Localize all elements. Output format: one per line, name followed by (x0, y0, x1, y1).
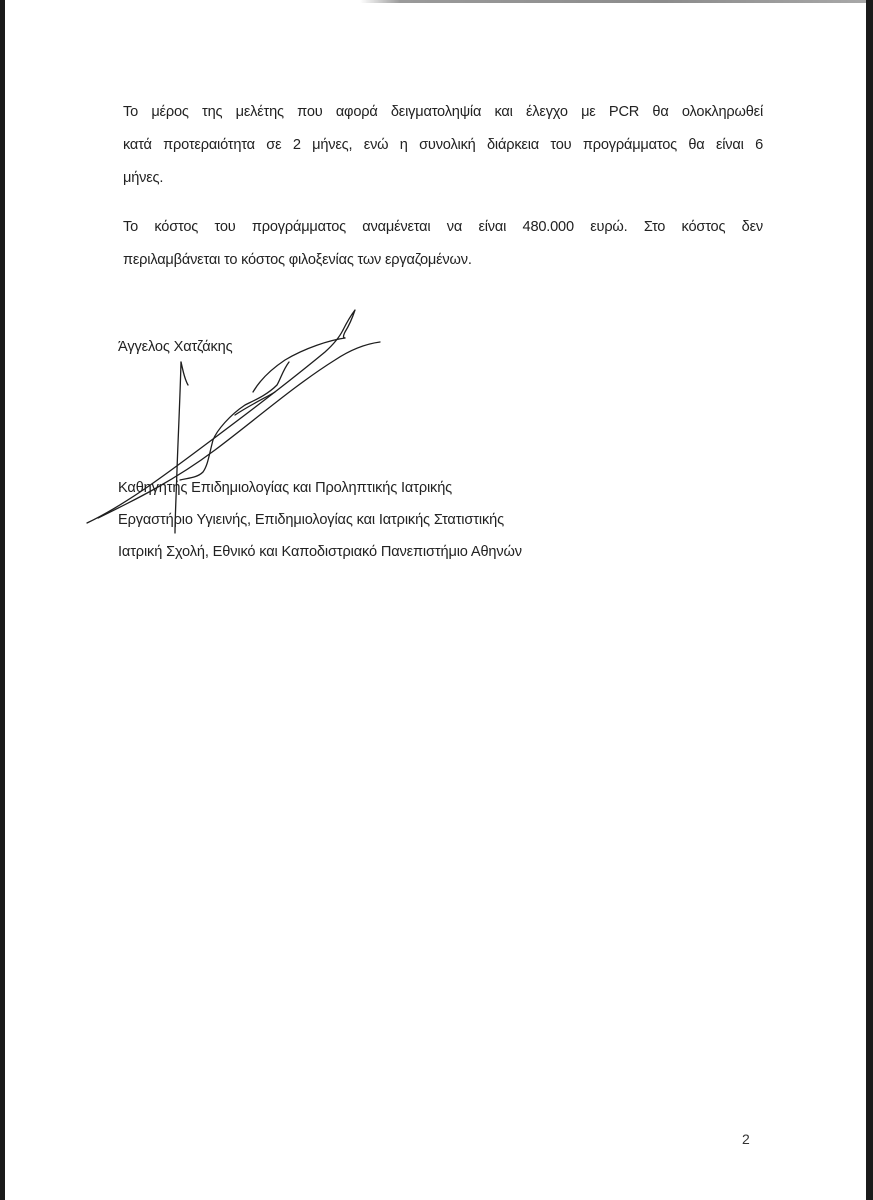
paragraph-cost: Το κόστος του προγράμματος αναμένεται να… (123, 211, 763, 277)
paragraph-line: κατά προτεραιότητα σε 2 μήνες, ενώ η συν… (123, 129, 763, 162)
paragraph-timeline: Το μέρος της μελέτης που αφορά δειγματολ… (123, 96, 763, 195)
paragraph-line: Το μέρος της μελέτης που αφορά δειγματολ… (123, 96, 763, 129)
paragraph-line: μήνες. (123, 162, 763, 195)
paragraph-line: Το κόστος του προγράμματος αναμένεται να… (123, 211, 763, 244)
handwritten-signature (5, 0, 866, 600)
scan-edge-line (360, 0, 866, 3)
paragraph-line: περιλαμβάνεται το κόστος φιλοξενίας των … (123, 244, 763, 277)
signatory-name: Άγγελος Χατζάκης (118, 339, 233, 355)
signatory-title-line: Καθηγητής Επιδημιολογίας και Προληπτικής… (118, 480, 452, 496)
document-page: Το μέρος της μελέτης που αφορά δειγματολ… (5, 0, 866, 1200)
signatory-title-line: Εργαστήριο Υγιεινής, Επιδημιολογίας και … (118, 512, 504, 528)
signatory-title-line: Ιατρική Σχολή, Εθνικό και Καποδιστριακό … (118, 544, 522, 560)
page-number: 2 (742, 1131, 750, 1147)
